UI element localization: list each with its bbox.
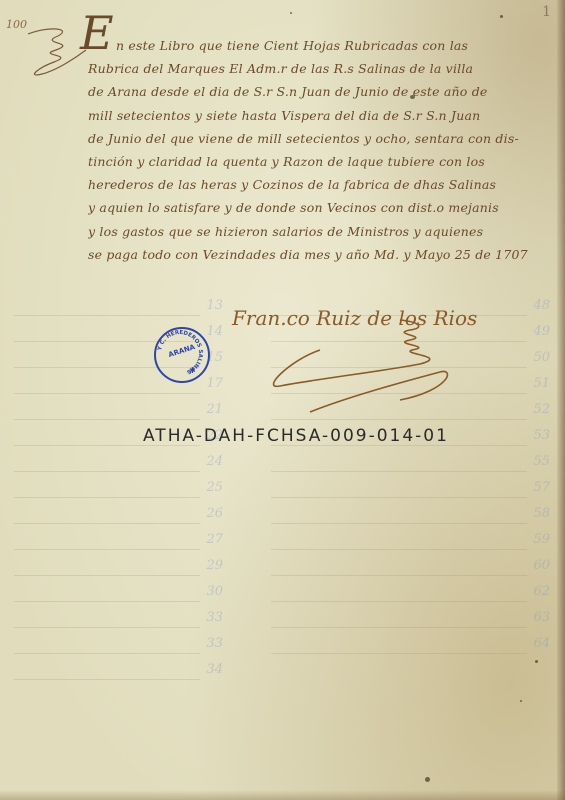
ink-stain: [290, 12, 292, 14]
ink-stain: [425, 777, 430, 782]
page-edge: [557, 0, 565, 800]
text-line: de Arana desde el dia de S.r S.n Juan de…: [88, 80, 558, 103]
folio-number: 1: [542, 4, 551, 20]
signature-rubric-icon: [250, 300, 450, 420]
text-line: herederos de las heras y Cozinos de la f…: [88, 173, 558, 196]
margin-flourish-icon: [18, 20, 88, 80]
ink-stain: [500, 15, 503, 18]
ink-stain: [535, 660, 538, 663]
manuscript-body: n este Libro que tiene Cient Hojas Rubri…: [88, 34, 558, 266]
text-line: mill setecientos y siete hasta Vispera d…: [88, 104, 558, 127]
archive-stamp: Y C. HEREDEROS SALINAS ARANA ✱: [154, 327, 210, 383]
ink-stain: [410, 95, 415, 99]
manuscript-page: 13 14 15 17 21 22 24 25 26 27 29 30 33 3…: [0, 0, 565, 800]
text-line: se paga todo con Vezindades dia mes y añ…: [88, 243, 558, 266]
text-line: tinción y claridad la quenta y Razon de …: [88, 150, 558, 173]
text-line: y aquien lo satisfare y de donde son Vec…: [88, 196, 558, 219]
archive-reference-code: ATHA-DAH-FCHSA-009-014-01: [143, 426, 449, 446]
page-edge-bottom: [0, 790, 565, 800]
text-line: de Junio del que viene de mill setecient…: [88, 127, 558, 150]
text-line: y los gastos que se hizieron salarios de…: [88, 220, 558, 243]
stamp-star-icon: ✱: [189, 366, 196, 375]
text-line: Rubrica del Marques El Adm.r de las R.s …: [88, 57, 558, 80]
text-line: n este Libro que tiene Cient Hojas Rubri…: [88, 34, 558, 57]
ink-stain: [520, 700, 522, 702]
